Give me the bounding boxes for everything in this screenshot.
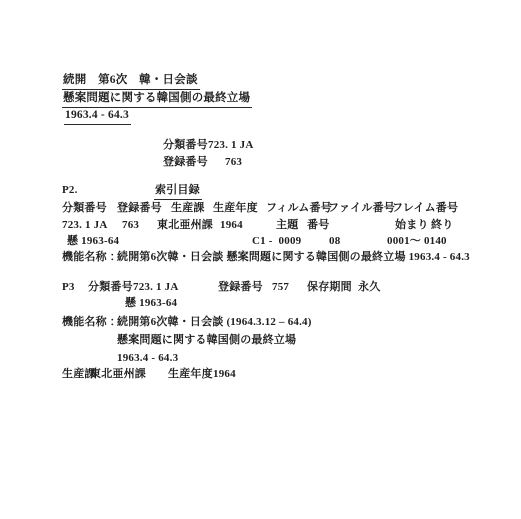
p3-reg-label: 登録番号: [218, 281, 263, 294]
class-number-label: 分類番号: [163, 139, 208, 152]
p2-row1-subject: 主題: [276, 219, 298, 232]
p3-keep-label: 保存期間: [307, 281, 352, 294]
p2-row1-start: 始まり: [395, 219, 429, 232]
p2-func-label: 機能名称 ：: [62, 251, 121, 264]
p2-row2-frame-rng: 0001～ 0140: [387, 235, 447, 248]
reg-number-label: 登録番号: [163, 156, 208, 169]
p3-year-value: 1964: [213, 368, 236, 381]
p3-func-line2: 懸案問題に関する韓国側の最終立場: [117, 334, 296, 347]
p3-year-label: 生産年度: [168, 368, 213, 381]
p3-id: P3: [62, 281, 75, 294]
doc-title-line1: 続開 第6次 韓・日会談: [62, 74, 200, 90]
p3-sub-line: 懸 1963-64: [125, 297, 177, 310]
p2-header-file: ファイル番号: [328, 202, 395, 215]
p3-func-label: 機能名称 ：: [62, 316, 121, 329]
p3-class-label: 分類番号: [88, 281, 133, 294]
p2-header-dept: 生産課: [171, 202, 205, 215]
p2-header-frame: フレイム番号: [392, 202, 458, 215]
p2-row1-reg: 763: [122, 219, 139, 232]
p2-func-value: 続開第6次韓・日会談 懸案問題に関する韓国側の最終立場 1963.4 - 64.…: [117, 251, 470, 264]
p2-header-class: 分類番号: [62, 202, 107, 215]
p2-row1-end: 終り: [431, 219, 453, 232]
p3-class-value: 723. 1 JA: [133, 281, 179, 294]
p2-header-reg: 登録番号: [117, 202, 162, 215]
p2-header-film: フィルム番号: [266, 202, 332, 215]
p2-row1-dept: 東北亜州課: [157, 219, 213, 232]
p2-row1-class: 723. 1 JA: [62, 219, 108, 232]
class-number-value: 723. 1 JA: [208, 139, 254, 152]
p3-func-line1: 続開第6次韓・日会談 (1964.3.12 – 64.4): [117, 316, 312, 329]
p2-row2-ken: 懸 1963-64: [67, 235, 119, 248]
p2-row2-file-no: 08: [329, 235, 340, 248]
p2-row1-year: 1964: [220, 219, 243, 232]
p2-row2-film-no: C1 - 0009: [252, 235, 301, 248]
p3-prod-value: 東北亜州課: [90, 368, 146, 381]
p2-row1-number: 番号: [307, 219, 329, 232]
reg-number-value: 763: [225, 156, 242, 169]
p2-section-title: 索引目録: [154, 184, 202, 200]
document-page: 続開 第6次 韓・日会談 懸案問題に関する韓国側の最終立場 1963.4 - 6…: [0, 0, 521, 519]
p3-func-line3: 1963.4 - 64.3: [117, 352, 178, 365]
p2-header-year: 生産年度: [213, 202, 258, 215]
p3-keep-value: 永久: [358, 281, 380, 294]
doc-title-line2: 懸案問題に関する韓国側の最終立場: [62, 92, 252, 108]
doc-title-line3: 1963.4 - 64.3: [64, 109, 131, 125]
p2-id: P2.: [62, 184, 78, 197]
p3-reg-value: 757: [272, 281, 289, 294]
